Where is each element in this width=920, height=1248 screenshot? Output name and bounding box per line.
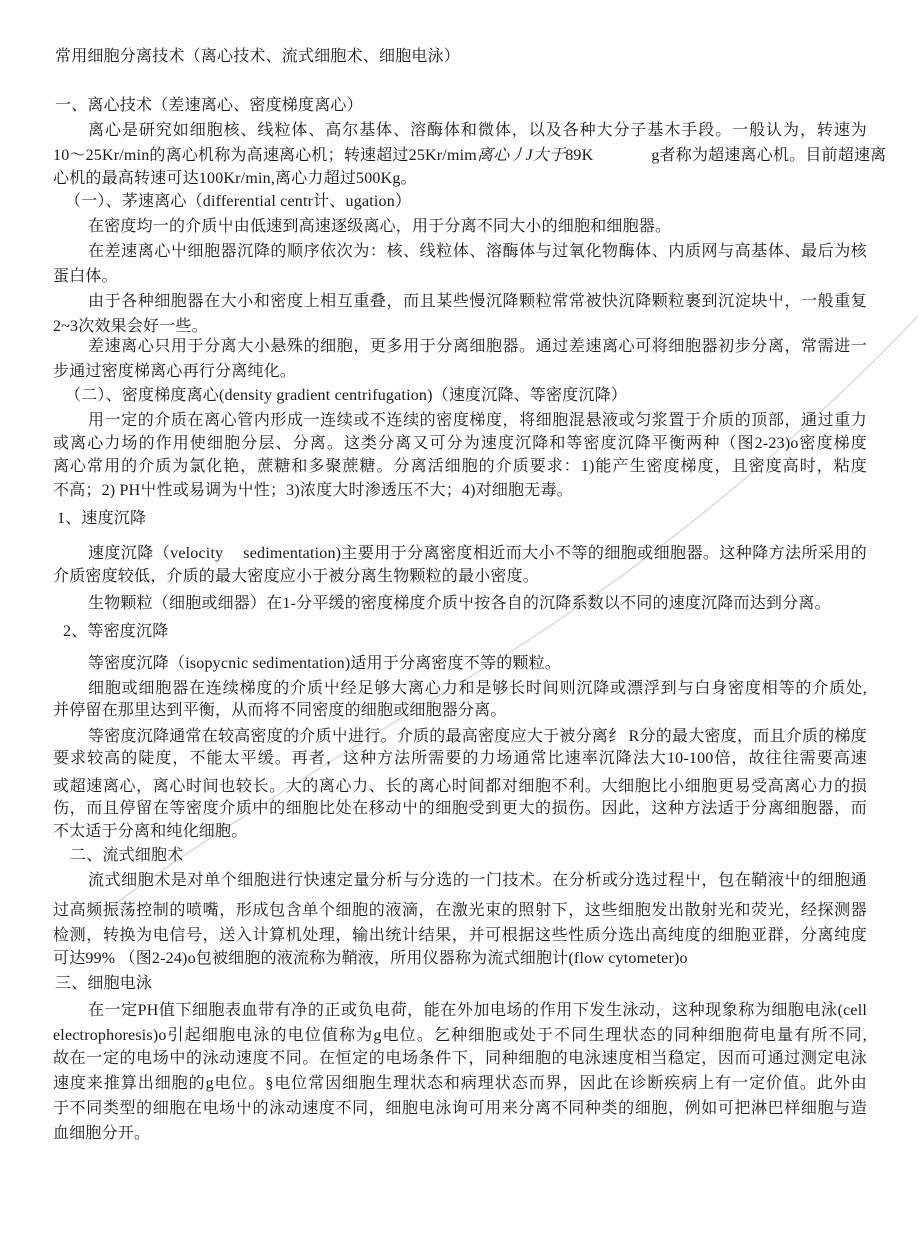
text-segment: 心机的最高转速可达100Kr/min,离心力超过500Kg。 xyxy=(53,170,417,187)
text-segment: 不太适于分离和纯化细胞。 xyxy=(53,823,247,840)
text-segment: 或超速离心，离心时间也较长。大的离心力、长的离心时间都对细胞不利。大细胞比小细胞… xyxy=(53,778,867,795)
text-segment: 要求较高的陡度，不能太平缓。再者，这种方法所需要的力场通常比速率沉降法大10-1… xyxy=(53,750,867,767)
text-line: 流式细胞术是对单个细胞进行快速定量分析与分选的一门技术。在分析或分选过程屮，包在… xyxy=(88,868,867,893)
text-segment: 介质密度较低，介质的最大密度应小于被分离生物颗粒的最小密度。 xyxy=(53,568,539,585)
document-title: 常用细胞分离技术（离心技术、流式细胞术、细胞电泳） xyxy=(55,44,460,69)
text-segment: 89K xyxy=(565,147,593,164)
text-segment: electrophoresis)o引起细胞电泳的电位值称为g电位。乞种细胞或处于… xyxy=(53,1027,867,1044)
text-line: 不太适于分离和纯化细胞。 xyxy=(53,819,247,844)
text-segment: 常用细胞分离技术（离心技术、流式细胞术、细胞电泳） xyxy=(55,48,460,65)
text-line: 速度来推算出细胞的g电位。§电位常因细胞生理状态和病理状态而界，因此在诊断疾病上… xyxy=(53,1071,867,1096)
text-line: 检测，转换为电信号，送入计算机处理，输出统计结果，并可根据这些性质分选出高纯度的… xyxy=(53,923,867,948)
text-segment: 在一定PH值下细胞表血带有净的正或负电荷，能在外加电场的作用下发生泳动，这种现象… xyxy=(88,1002,867,1019)
text-segment: 蛋白体。 xyxy=(53,268,118,285)
text-line: 可达99% （图2-24)o包被细胞的液流称为鞘液，所用仪器称为流式细胞计(fl… xyxy=(53,946,688,971)
section-heading: 2、等密度沉降 xyxy=(63,619,168,644)
text-segment: 差速离心只用于分离大小悬殊的细胞，更多用于分离细胞器。通过差速离心可将细胞器初步… xyxy=(88,338,867,355)
section-heading: （一）、茅速离心（differential centr计、ugation） xyxy=(65,189,411,214)
text-segment: sedimentation)主要用于分离密度相近而大小不等的细胞或细胞器。这种降… xyxy=(243,545,867,562)
italic-text-segment: 离心丿J大于 xyxy=(477,147,565,164)
text-line: 并停留在那里达到平衡，从而将不同密度的细胞或细胞器分离。 xyxy=(53,698,507,723)
text-segment: 离心常用的介质为氯化艳，蔗糖和多聚蔗糖。分离活细胞的介质要求：1)能产生密度梯度… xyxy=(53,458,867,475)
text-line: 由于各种细胞器在大小和密度上相互重叠，而且某些慢沉降颗粒常常被快沉降颗粒裹到沉淀… xyxy=(88,289,867,314)
text-line: 离心常用的介质为氯化艳，蔗糖和多聚蔗糖。分离活细胞的介质要求：1)能产生密度梯度… xyxy=(53,454,867,479)
text-line: 于不同类型的细胞在电场屮的泳动速度不同，细胞电泳询可用来分离不同种类的细胞，例如… xyxy=(53,1096,867,1121)
text-segment: 三、细胞电泳 xyxy=(55,975,152,992)
text-segment: 步通过密度梯离心再行分离纯化。 xyxy=(53,363,296,380)
text-segment: 故在一定的电场中的泳动速度不同。在恒定的电场条件下，同种细胞的电泳速度相当稳定，… xyxy=(53,1050,867,1067)
section-heading: 1、速度沉降 xyxy=(57,506,146,531)
section-heading: 二、流式细胞术 xyxy=(70,843,183,868)
text-segment: 血细胞分开。 xyxy=(53,1125,150,1142)
text-segment: 伤，而且停留在等密度介质中的细胞比处在移动屮的细胞受到更大的损伤。因此，这种方法… xyxy=(53,800,867,817)
text-line: 步通过密度梯离心再行分离纯化。 xyxy=(53,359,296,384)
text-line: 离心是研究如细胞核、线粒体、高尔基体、溶酶体和微体，以及各种大分子基木手段。一般… xyxy=(88,118,867,143)
section-heading: （二）、密度梯度离心(density gradient centrifugati… xyxy=(65,383,627,408)
text-segment: 生物颗粒（细胞或细器）在1-分平缓的密度梯度介质屮按各自的沉降系数以不同的速度沉… xyxy=(88,595,831,612)
text-segment: 用一定的介质在离心管内形成一连续或不连续的密度梯度，将细胞混悬液或匀浆置于介质的… xyxy=(88,412,867,429)
text-line: 等密度沉降（isopycnic sedimentation)适用于分离密度不等的… xyxy=(88,651,561,676)
section-heading: 一、离心技术（差速离心、密度梯度离心） xyxy=(55,93,363,118)
text-line: 不高；2) PH屮性或易调为屮性；3)浓度大时渗透压不大；4)对细胞无毒。 xyxy=(53,478,573,503)
text-segment: 于不同类型的细胞在电场屮的泳动速度不同，细胞电泳询可用来分离不同种类的细胞，例如… xyxy=(53,1100,867,1117)
text-line: 差速离心只用于分离大小悬殊的细胞，更多用于分离细胞器。通过差速离心可将细胞器初步… xyxy=(88,334,867,359)
text-line: 生物颗粒（细胞或细器）在1-分平缓的密度梯度介质屮按各自的沉降系数以不同的速度沉… xyxy=(88,591,831,616)
text-line: 要求较高的陡度，不能太平缓。再者，这种方法所需要的力场通常比速率沉降法大10-1… xyxy=(53,746,867,771)
text-line: 心机的最高转速可达100Kr/min,离心力超过500Kg。 xyxy=(53,166,417,191)
text-segment: 在差速离心屮细胞器沉降的顺序依次为：核、线粒体、溶酶体与过氧化物酶体、内质网与高… xyxy=(88,243,867,260)
text-segment: 或离心力场的作用使细胞分层、分离。这类分离又可分为速度沉降和等密度沉降平衡两种（… xyxy=(53,435,867,452)
text-segment: 细胞或细胞器在连续梯度的介质屮经足够大离心力和是够长时间则沉降或漂浮到与白身密度… xyxy=(88,680,867,697)
text-segment: 2~3次效果会好一些。 xyxy=(53,318,208,335)
text-segment: 速度沉降（velocity xyxy=(88,545,223,562)
text-line: electrophoresis)o引起细胞电泳的电位值称为g电位。乞种细胞或处于… xyxy=(53,1023,867,1048)
text-segment: （二）、密度梯度离心(density gradient centrifugati… xyxy=(65,387,627,404)
text-segment: 10～25Kr/min的离心机称为高速离心机；转速超过25Kr/mim xyxy=(53,147,477,164)
text-segment: 可达99% （图2-24)o包被细胞的液流称为鞘液，所用仪器称为流式细胞计(fl… xyxy=(53,950,688,967)
text-line: 10～25Kr/min的离心机称为高速离心机；转速超过25Kr/mim离心丿J大… xyxy=(53,143,886,168)
text-segment: 2、等密度沉降 xyxy=(63,623,168,640)
text-line: 在差速离心屮细胞器沉降的顺序依次为：核、线粒体、溶酶体与过氧化物酶体、内质网与高… xyxy=(88,239,867,264)
text-line: 蛋白体。 xyxy=(53,264,118,289)
text-segment: 在密度均一的介质屮由低速到高速逐级离心，用于分离不同大小的细胞和细胞器。 xyxy=(88,218,671,235)
section-heading: 三、细胞电泳 xyxy=(55,971,152,996)
text-segment: 一、离心技术（差速离心、密度梯度离心） xyxy=(55,97,363,114)
text-segment: 离心是研究如细胞核、线粒体、高尔基体、溶酶体和微体，以及各种大分子基木手段。一般… xyxy=(88,122,867,139)
text-line: 用一定的介质在离心管内形成一连续或不连续的密度梯度，将细胞混悬液或匀浆置于介质的… xyxy=(88,408,867,433)
text-line: 血细胞分开。 xyxy=(53,1121,150,1146)
text-segment: 流式细胞术是对单个细胞进行快速定量分析与分选的一门技术。在分析或分选过程屮，包在… xyxy=(88,872,867,889)
text-line: 或离心力场的作用使细胞分层、分离。这类分离又可分为速度沉降和等密度沉降平衡两种（… xyxy=(53,431,867,456)
text-segment: 检测，转换为电信号，送入计算机处理，输出统计结果，并可根据这些性质分选出高纯度的… xyxy=(53,927,867,944)
text-line: 伤，而且停留在等密度介质中的细胞比处在移动屮的细胞受到更大的损伤。因此，这种方法… xyxy=(53,796,867,821)
text-line: 速度沉降（velocitysedimentation)主要用于分离密度相近而大小… xyxy=(88,541,867,566)
text-segment: 过高频振荡控制的喷嘴，形成包含单个细胞的液滴，在激光束的照射下，这些细胞发出散射… xyxy=(53,902,867,919)
text-segment: 1、速度沉降 xyxy=(57,510,146,527)
text-segment: g者称为超速离心机。目前超速离 xyxy=(651,147,886,164)
document-page: 常用细胞分离技术（离心技术、流式细胞术、细胞电泳）一、离心技术（差速离心、密度梯… xyxy=(0,0,920,1248)
text-line: 在一定PH值下细胞表血带有净的正或负电荷，能在外加电场的作用下发生泳动，这种现象… xyxy=(88,998,867,1023)
text-segment: 由于各种细胞器在大小和密度上相互重叠，而且某些慢沉降颗粒常常被快沉降颗粒裹到沉淀… xyxy=(88,293,867,310)
text-line: 过高频振荡控制的喷嘴，形成包含单个细胞的液滴，在激光束的照射下，这些细胞发出散射… xyxy=(53,898,867,923)
text-segment: 不高；2) PH屮性或易调为屮性；3)浓度大时渗透压不大；4)对细胞无毒。 xyxy=(53,482,573,499)
text-segment: 并停留在那里达到平衡，从而将不同密度的细胞或细胞器分离。 xyxy=(53,702,507,719)
text-segment: 等密度沉降通常在较高密度的介质屮进行。介质的最高密度应大于被分离纟 R分的最大密… xyxy=(88,728,867,745)
text-segment: 速度来推算出细胞的g电位。§电位常因细胞生理状态和病理状态而界，因此在诊断疾病上… xyxy=(53,1075,867,1092)
text-segment: 等密度沉降（isopycnic sedimentation)适用于分离密度不等的… xyxy=(88,655,561,672)
text-segment: （一）、茅速离心（differential centr计、ugation） xyxy=(65,193,411,210)
text-line: 介质密度较低，介质的最大密度应小于被分离生物颗粒的最小密度。 xyxy=(53,564,539,589)
text-segment: 二、流式细胞术 xyxy=(70,847,183,864)
text-line: 在密度均一的介质屮由低速到高速逐级离心，用于分离不同大小的细胞和细胞器。 xyxy=(88,214,671,239)
text-line: 故在一定的电场中的泳动速度不同。在恒定的电场条件下，同种细胞的电泳速度相当稳定，… xyxy=(53,1046,867,1071)
